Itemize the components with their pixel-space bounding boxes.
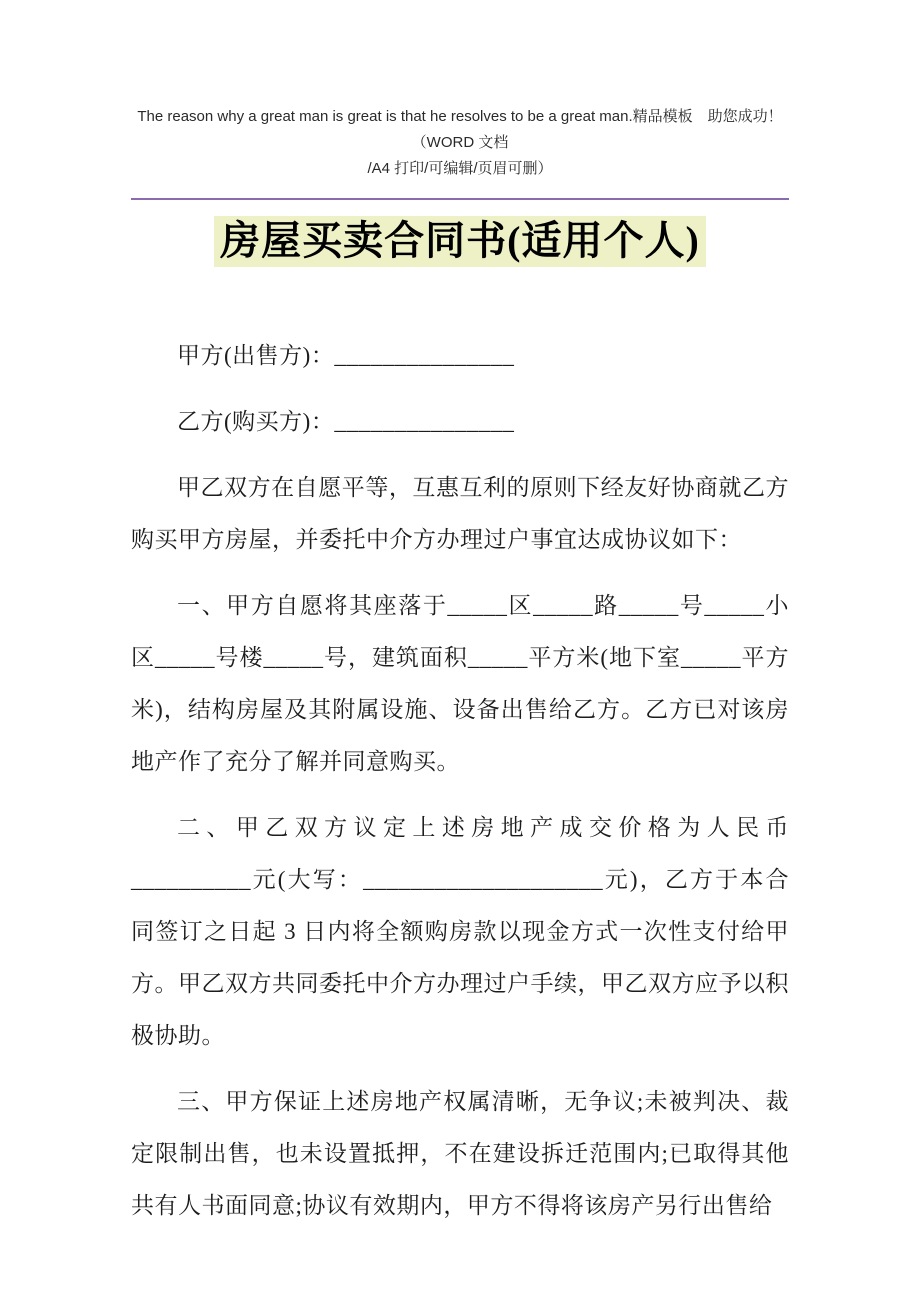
document-page: The reason why a great man is great is t… bbox=[0, 0, 920, 1302]
field-party-a: 甲方(出售方)：_______________ bbox=[131, 330, 789, 382]
header-line-1: The reason why a great man is great is t… bbox=[131, 104, 789, 156]
paragraph-preamble: 甲乙双方在自愿平等，互惠互利的原则下经友好协商就乙方购买甲方房屋，并委托中介方办… bbox=[131, 462, 789, 566]
header-divider bbox=[131, 198, 789, 200]
contract-body: 甲方(出售方)：_______________ 乙方(购买方)：________… bbox=[131, 330, 789, 1232]
header-line-2: /A4 打印/可编辑/页眉可删） bbox=[131, 156, 789, 182]
paragraph-clause-3: 三、甲方保证上述房地产权属清晰，无争议;未被判决、裁定限制出售，也未设置抵押，不… bbox=[131, 1076, 789, 1232]
field-party-b: 乙方(购买方)：_______________ bbox=[131, 396, 789, 448]
page-title: 房屋买卖合同书(适用个人) bbox=[131, 214, 789, 268]
paragraph-clause-1: 一、甲方自愿将其座落于_____区_____路_____号_____小区____… bbox=[131, 580, 789, 788]
paragraph-clause-2: 二、甲乙双方议定上述房地产成交价格为人民币__________元(大写：____… bbox=[131, 802, 789, 1062]
title-highlight: 房屋买卖合同书(适用个人) bbox=[214, 216, 706, 267]
page-header: The reason why a great man is great is t… bbox=[131, 104, 789, 182]
